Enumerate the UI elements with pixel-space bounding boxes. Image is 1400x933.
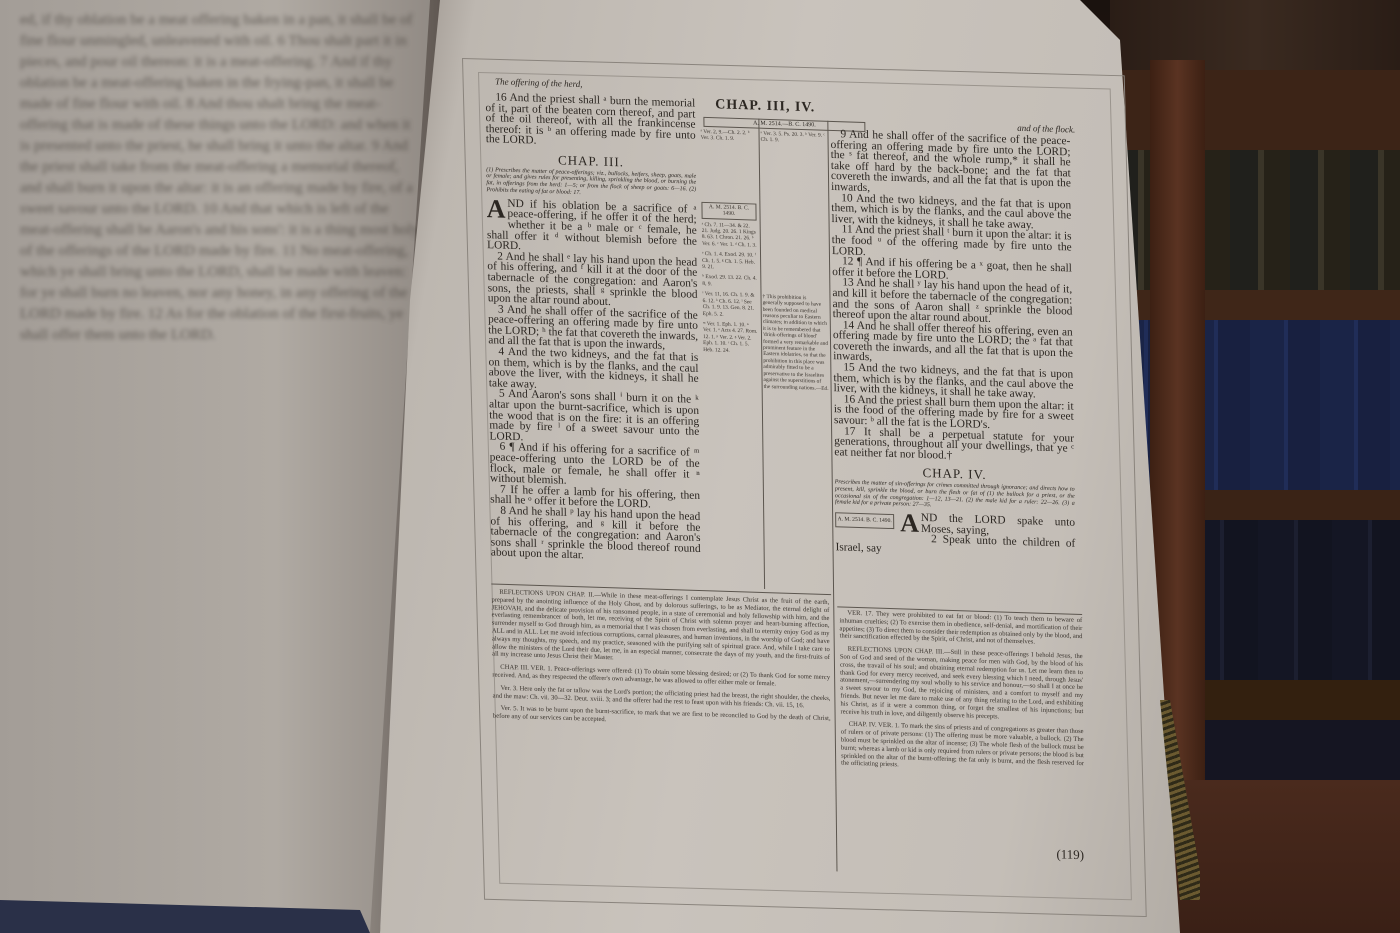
library-table: [1170, 780, 1400, 933]
footnotes-left: REFLECTIONS UPON CHAP. II.—While in thes…: [491, 588, 831, 736]
reference-block: ᵃ Ver. 3. 5. Ps. 20. 3. ᵇ Ver. 9. ᶜ Ch. …: [761, 131, 826, 146]
reference-block: ᵃ Ch. 7. 11—34. & 22. 21. Judg. 20. 26. …: [702, 222, 757, 249]
left-page-text: ed, if thy oblation be a meat offering b…: [0, 0, 440, 933]
reference-block: ⁱ Ver. 11, 16. Ch. 1. 9. & 6. 12. ᵏ Ch. …: [703, 291, 758, 318]
page-content: The offering of the herd, CHAP. III, IV.…: [485, 70, 1094, 880]
text-column-left: 16 And the priest shall ᵃ burn the memor…: [485, 92, 701, 565]
date-box: A. M. 2514. B. C. 1490.: [835, 512, 894, 528]
verse-text: ND if his oblation be a sacrifice of ᵃ p…: [487, 198, 697, 253]
footnote: VER. 17. They were prohibited to eat fat…: [839, 609, 1082, 648]
page-number: (119): [1056, 846, 1084, 863]
drop-cap: A: [487, 198, 506, 221]
verse: 16 And the priest shall ᵃ burn the memor…: [485, 92, 696, 152]
verse: 17 It shall be a perpetual statute for y…: [834, 426, 1074, 465]
running-head-left: The offering of the herd,: [495, 76, 583, 89]
footnote: CHAP. IV. VER. 1. To mark the sins of pr…: [841, 721, 1084, 775]
drop-cap: A: [900, 512, 919, 535]
date-box: A. M. 2514. B. C. 1490.: [701, 202, 756, 221]
verse: 8 And he shall ᵖ lay his hand upon the h…: [490, 505, 701, 565]
footnote: REFLECTIONS UPON CHAP. II.—While in thes…: [491, 588, 830, 669]
margin-note: † This prohibition is generally supposed…: [762, 294, 828, 392]
reference-block: ʰ Exod. 29. 13. 22. Ch. 4. 8, 9.: [702, 274, 757, 289]
text-column-right: 9 And he shall offer of the sacrifice of…: [830, 129, 1075, 560]
reference-block: ᵉ Ch. 1. 4. Exod. 29. 10. ᶠ Ch. 1. 5. ᵍ …: [702, 251, 757, 272]
margin-references-b: ᵃ Ver. 3. 5. Ps. 20. 3. ᵇ Ver. 9. ᶜ Ch. …: [761, 131, 829, 392]
reference-block: ᵐ Ver. 1. Eph. 1. 10. ⁿ Ver. 1. ᵒ Acts 4…: [703, 321, 758, 355]
reference-block: ᵃ Ver. 2, 9.—Ch. 2. 2. ᵇ Ver. 3. Ch. 1. …: [701, 129, 756, 144]
verse: 9 And he shall offer of the sacrifice of…: [830, 129, 1071, 200]
verse: 5 And Aaron's sons shall ⁱ burn it on th…: [489, 389, 700, 449]
running-head-right: and of the flock.: [1017, 123, 1075, 135]
margin-references-a: ᵃ Ver. 2, 9.—Ch. 2. 2. ᵇ Ver. 3. Ch. 1. …: [701, 129, 759, 355]
running-head-chapter: CHAP. III, IV.: [715, 97, 815, 116]
verse: AND if his oblation be a sacrifice of ᵃ …: [487, 198, 698, 258]
verse: 2 And he shall ᵉ lay his hand upon the h…: [487, 251, 698, 311]
footnote: REFLECTIONS UPON CHAP. III.—Still in the…: [840, 646, 1084, 724]
chapter-summary: Prescribes the matter of sin-offerings f…: [835, 479, 1075, 514]
footnotes-right: VER. 17. They were prohibited to eat fat…: [839, 609, 1084, 780]
chapter-summary: (1) Prescribes the matter of peace-offer…: [486, 167, 696, 201]
